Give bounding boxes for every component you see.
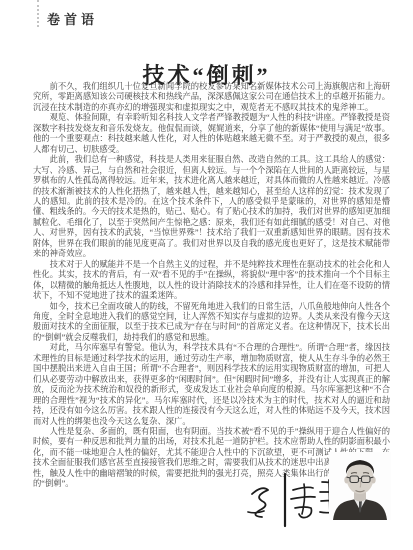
body-paragraph-1: 前不久，我们组织几十位复旦新闻学院的校友参访某知名新媒体技术公司上海旗舰店和上海… (33, 82, 390, 113)
body-paragraph-4: 技术对于人的赋能并不是一个自然主义的过程，并不是纯粹技术理性在驱动技术的社会化和… (33, 260, 390, 302)
body-paragraph-3: 此前，我们总有一种感觉，科技是人类用来征服自然、改造自然的工具。这工具给人的感觉… (33, 155, 390, 260)
article-body: 前不久，我们组织几十位复旦新闻学院的校友参访某知名新媒体技术公司上海旗舰店和上海… (33, 82, 390, 490)
body-paragraph-6: 对此，马尔库塞早有警觉。他认为，科学技术具有“不合理的合理性”。所谓“合理”者，… (33, 343, 390, 427)
dotted-rule (37, 0, 39, 27)
section-label: 卷首语 (47, 9, 98, 28)
body-paragraph-5: 如今，技术已全面攻破人的防线，不留死角地进入我们的日常生活，八爪鱼般地伸向人性各… (33, 302, 390, 344)
body-paragraph-7: 人性是复杂、多面的，既有阳面，也有阴面。当技术被“看不见的手”操纵用于迎合人性偏… (33, 427, 390, 490)
body-paragraph-2: 观览、体验间隙，有幸聆听知名科技人文学者严锋教授题为“人性的科技”讲座。严锋教授… (33, 113, 390, 155)
magazine-page: 卷首语 技术“倒刺” 前不久，我们组织几十位复旦新闻学院的校友参访某知名新媒体技… (0, 0, 413, 550)
